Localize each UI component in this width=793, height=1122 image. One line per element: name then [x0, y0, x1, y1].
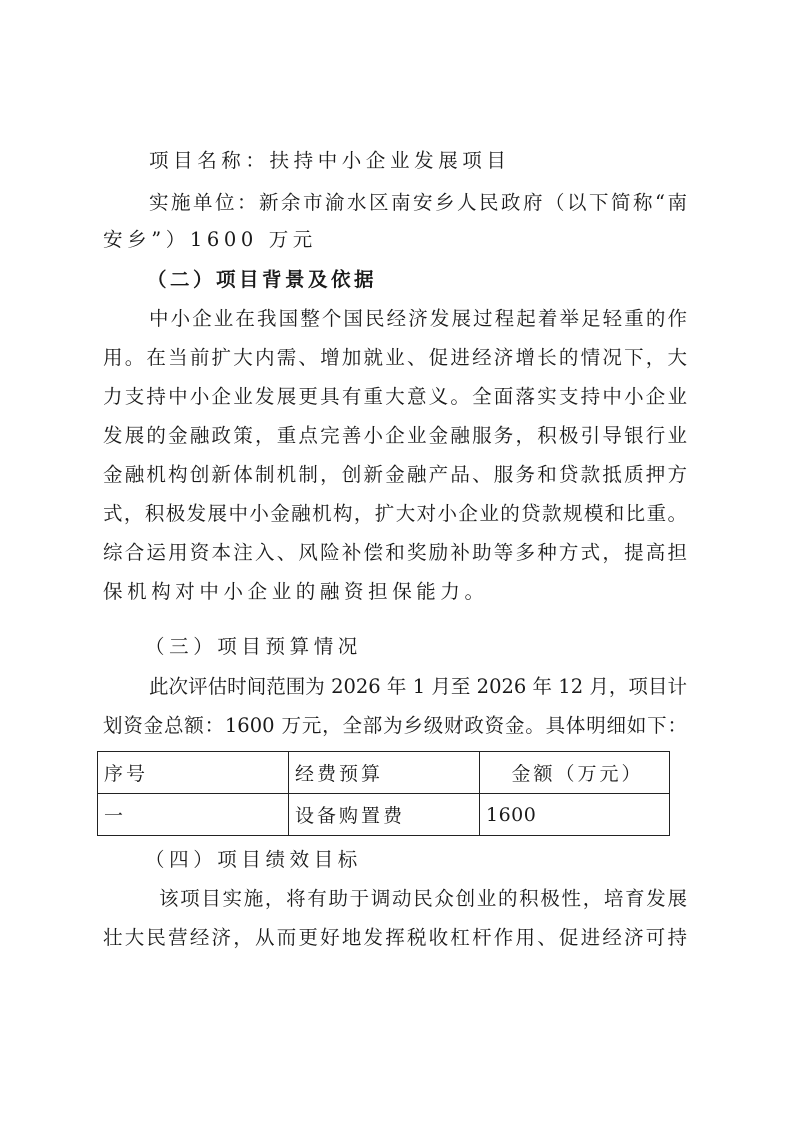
paragraph-line: 中小企业在我国整个国民经济发展过程起着举足轻重的作 — [103, 300, 687, 338]
header-cell-item: 经费预算 — [289, 752, 480, 794]
section-heading-performance: （四）项目绩效目标 — [103, 841, 687, 879]
table-row: 一 设备购置费 1600 — [98, 794, 670, 836]
header-cell-index: 序号 — [98, 752, 289, 794]
paragraph-line: 壮大民营经济，从而更好地发挥税收杠杆作用、促进经济可持 — [103, 919, 687, 957]
paragraph-line: 该项目实施，将有助于调动民众创业的积极性，培育发展 — [103, 880, 687, 918]
table-header-row: 序号 经费预算 金额（万元） — [98, 752, 670, 794]
implementing-unit-line-cont: 安乡”）1600 万元 — [103, 221, 687, 259]
paragraph-line: 式，积极发展中小金融机构，扩大对小企业的贷款规模和比重。 — [103, 495, 687, 533]
cell-amount: 1600 — [480, 794, 670, 836]
project-name-line: 项目名称：扶持中小企业发展项目 — [103, 142, 687, 180]
cell-item: 设备购置费 — [289, 794, 480, 836]
paragraph-line: 综合运用资本注入、风险补偿和奖励补助等多种方式，提高担 — [103, 534, 687, 572]
implementing-unit-line: 实施单位：新余市渝水区南安乡人民政府（以下简称“南 — [103, 184, 687, 222]
section-heading-background: （二）项目背景及依据 — [103, 261, 687, 299]
paragraph-line: 划资金总额：1600 万元，全部为乡级财政资金。具体明细如下： — [103, 707, 687, 745]
budget-table: 序号 经费预算 金额（万元） 一 设备购置费 1600 — [97, 751, 670, 836]
paragraph-line: 此次评估时间范围为 2026 年 1 月至 2026 年 12 月，项目计 — [103, 668, 687, 706]
paragraph-line: 力支持中小企业发展更具有重大意义。全面落实支持中小企业 — [103, 378, 687, 416]
paragraph-line: 金融机构创新体制机制，创新金融产品、服务和贷款抵质押方 — [103, 456, 687, 494]
paragraph-line: 用。在当前扩大内需、增加就业、促进经济增长的情况下，大 — [103, 339, 687, 377]
paragraph-line: 发展的金融政策，重点完善小企业金融服务，积极引导银行业 — [103, 417, 687, 455]
cell-index: 一 — [98, 794, 289, 836]
paragraph-line: 保机构对中小企业的融资担保能力。 — [103, 573, 687, 611]
section-heading-budget: （三）项目预算情况 — [103, 628, 687, 666]
header-cell-amount: 金额（万元） — [480, 752, 670, 794]
